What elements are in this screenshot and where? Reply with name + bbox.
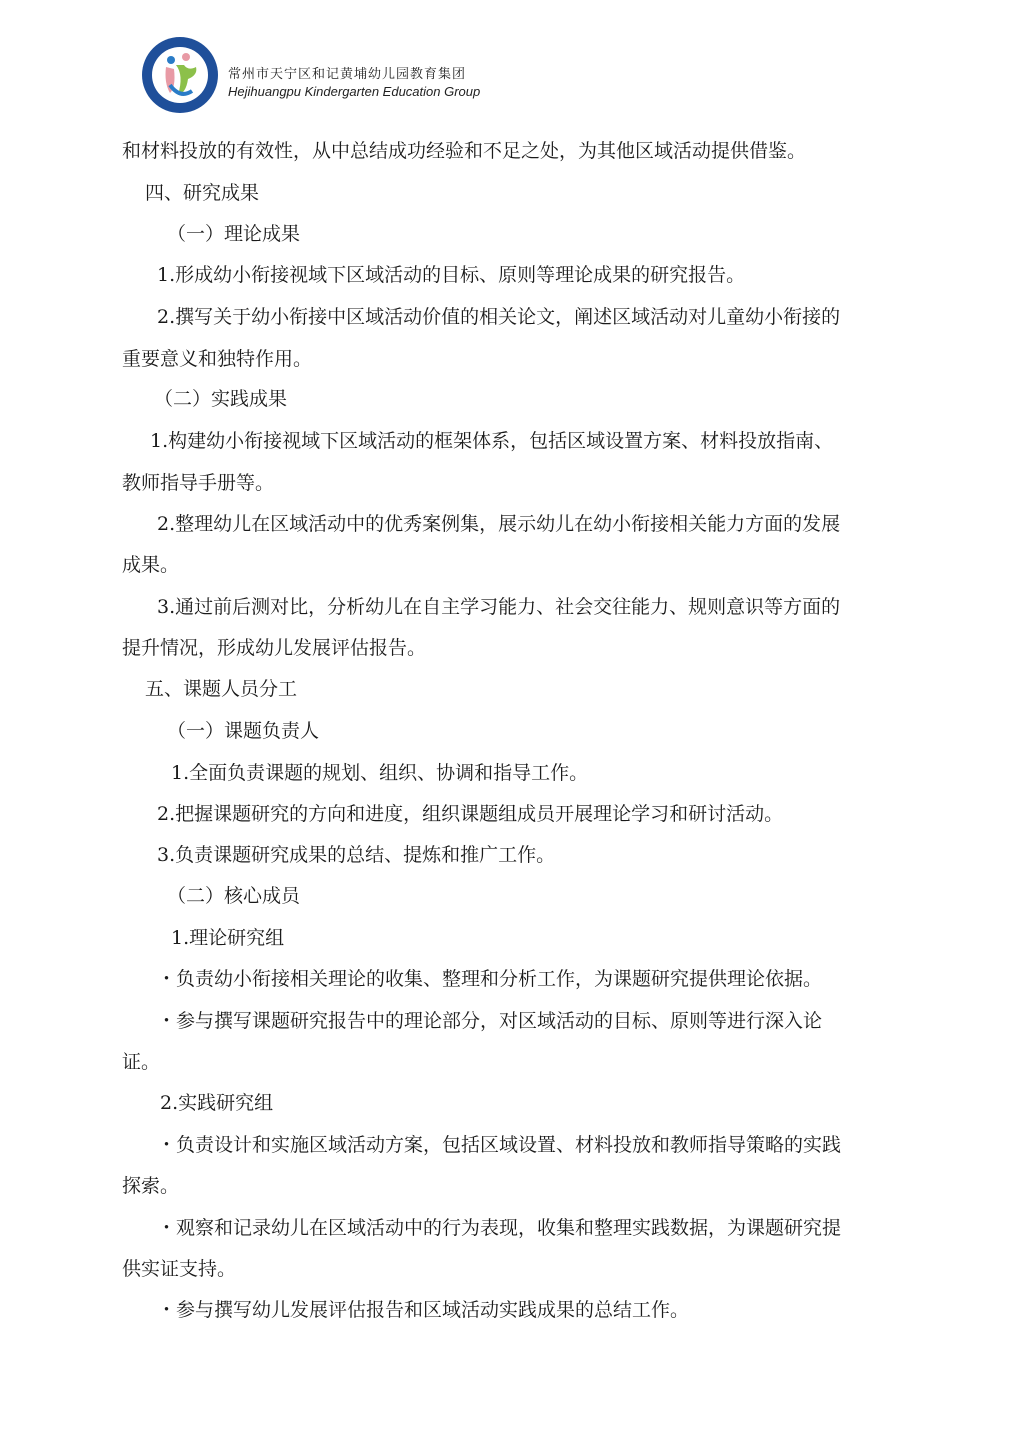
text-line: ・负责设计和实施区域活动方案，包括区域设置、材料投放和教师指导策略的实践	[157, 1132, 841, 1158]
text-line: ・观察和记录幼儿在区域活动中的行为表现，收集和整理实践数据，为课题研究提	[157, 1215, 841, 1241]
document-header: 常州市天宁区和记黄埔幼儿园教育集团 Hejihuangpu Kindergart…	[140, 30, 480, 120]
text-line: ・参与撰写课题研究报告中的理论部分，对区域活动的目标、原则等进行深入论	[157, 1008, 822, 1034]
text-line: 2.实践研究组	[160, 1090, 273, 1116]
text-line: 1.全面负责课题的规划、组织、协调和指导工作。	[171, 760, 588, 786]
text-line: （一）理论成果	[167, 221, 300, 247]
org-name-en: Hejihuangpu Kindergarten Education Group	[228, 84, 480, 99]
org-name-cn: 常州市天宁区和记黄埔幼儿园教育集团	[228, 63, 480, 82]
text-line: 提升情况，形成幼儿发展评估报告。	[122, 635, 426, 661]
text-line: 2.整理幼儿在区域活动中的优秀案例集，展示幼儿在幼小衔接相关能力方面的发展	[157, 511, 840, 537]
text-line: 2.撰写关于幼小衔接中区域活动价值的相关论文，阐述区域活动对儿童幼小衔接的	[157, 304, 840, 330]
text-line: ・参与撰写幼儿发展评估报告和区域活动实践成果的总结工作。	[157, 1297, 689, 1323]
text-line: （二）核心成员	[167, 883, 300, 909]
text-line: 重要意义和独特作用。	[122, 346, 312, 372]
text-line: 2.把握课题研究的方向和进度，组织课题组成员开展理论学习和研讨活动。	[157, 801, 783, 827]
text-line: 教师指导手册等。	[122, 470, 274, 496]
text-line: 1.形成幼小衔接视域下区域活动的目标、原则等理论成果的研究报告。	[157, 262, 745, 288]
org-logo-icon	[140, 35, 220, 115]
text-line: 五、课题人员分工	[145, 676, 297, 702]
text-line: （一）课题负责人	[167, 718, 319, 744]
text-line: 3.通过前后测对比，分析幼儿在自主学习能力、社会交往能力、规则意识等方面的	[157, 594, 840, 620]
text-line: 1.构建幼小衔接视域下区域活动的框架体系，包括区域设置方案、材料投放指南、	[150, 428, 833, 454]
text-line: 和材料投放的有效性，从中总结成功经验和不足之处，为其他区域活动提供借鉴。	[122, 138, 806, 164]
text-line: 探索。	[122, 1173, 179, 1199]
text-line: 供实证支持。	[122, 1256, 236, 1282]
text-line: 证。	[122, 1049, 160, 1075]
text-line: 1.理论研究组	[171, 925, 284, 951]
text-line: 四、研究成果	[145, 180, 259, 206]
text-line: ・负责幼小衔接相关理论的收集、整理和分析工作，为课题研究提供理论依据。	[157, 966, 822, 992]
text-line: （二）实践成果	[154, 386, 287, 412]
text-line: 3.负责课题研究成果的总结、提炼和推广工作。	[157, 842, 555, 868]
text-line: 成果。	[122, 552, 179, 578]
